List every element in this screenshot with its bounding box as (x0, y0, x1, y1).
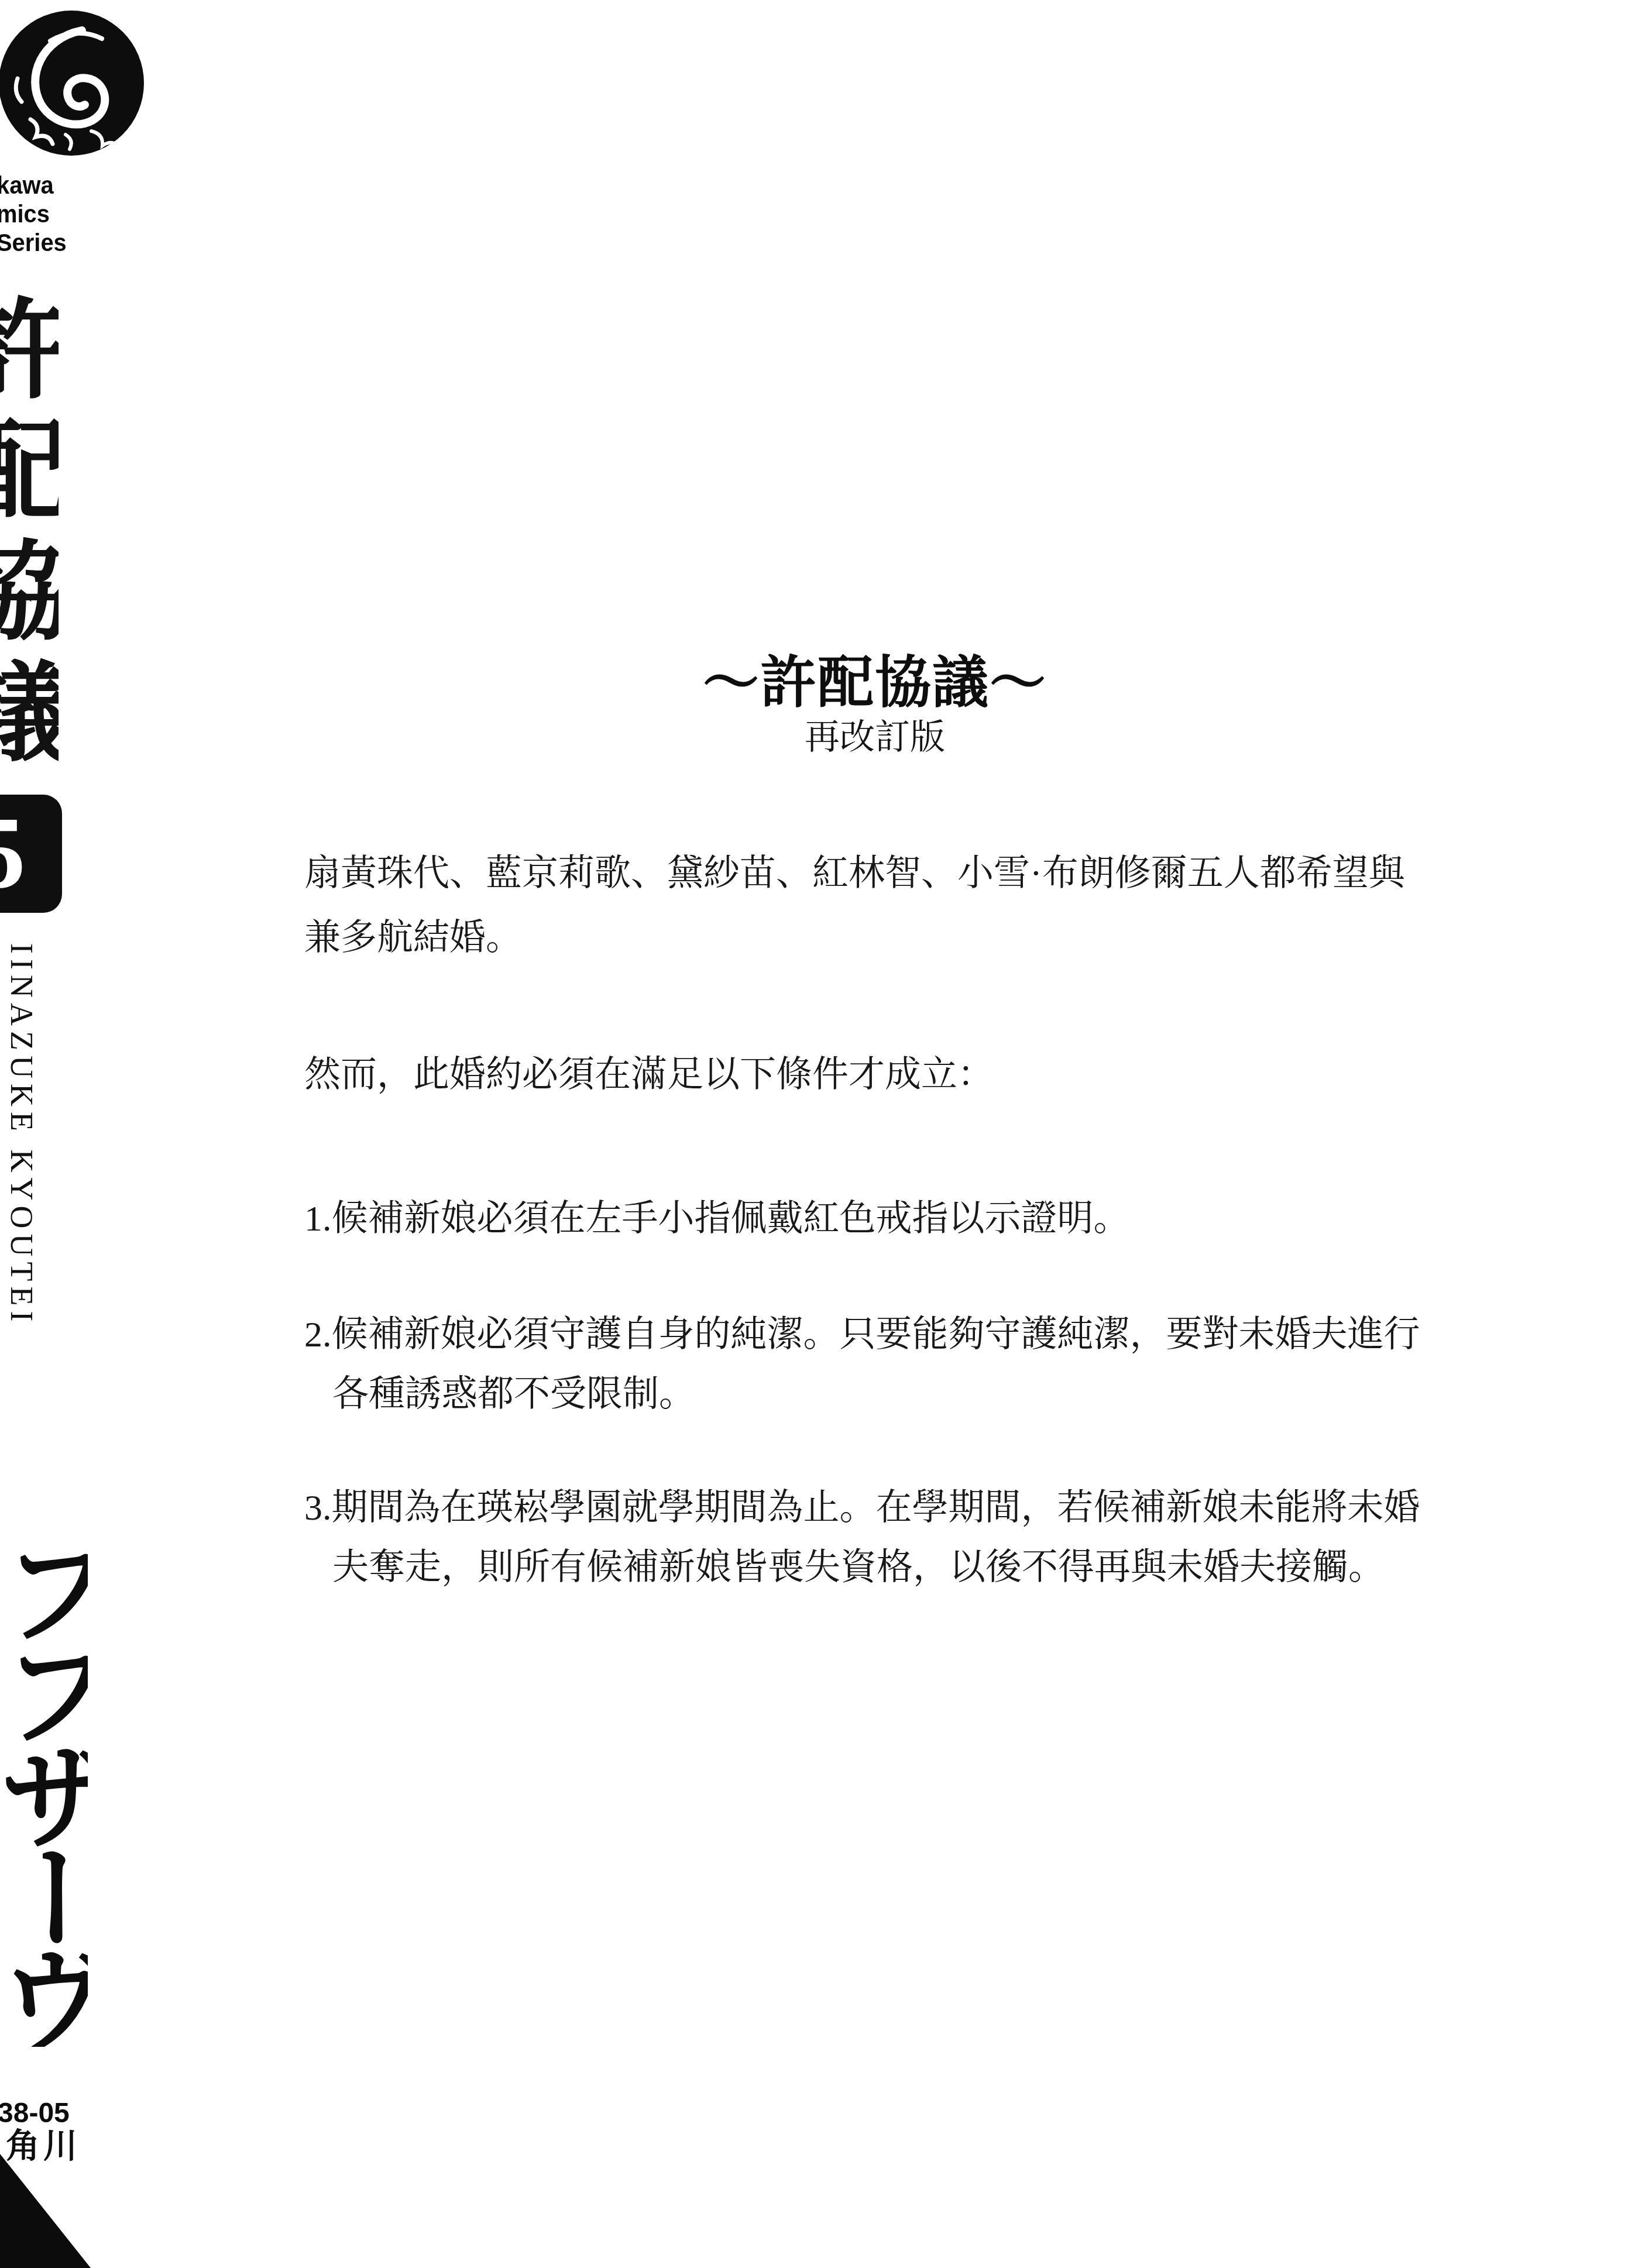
kadokawa-phoenix-icon (0, 9, 150, 162)
spine-romaji: IINAZUKE KYOUTEI (4, 943, 40, 1552)
condition-item-2-line-1: 2.候補新娘必須守護自身的純潔。只要能夠守護純潔，要對未婚夫進行 (304, 1305, 1420, 1357)
scanned-page: kawa mics Series 許配協議 5 IINAZUKE KYOUTEI… (0, 0, 1652, 2268)
imprint-text: kawa mics Series (0, 171, 67, 257)
document-title: ～許配協議～ (304, 638, 1445, 718)
condition-intro: 然而，此婚約必須在滿足以下條件才成立： (304, 1045, 994, 1097)
condition-item-1: 1.候補新娘必須在左手小指佩戴紅色戒指以示證明。 (304, 1189, 1130, 1241)
volume-badge-clip: 5 (0, 795, 62, 913)
spine-katakana-text: フフザーヴ (0, 1532, 88, 2041)
spine-title-kanji: 許配協議 (0, 293, 59, 778)
condition-item-3-line-1: 3.期間為在瑛崧學園就學期間為止。在學期間，若候補新娘未能將未婚 (304, 1478, 1420, 1530)
corner-fold-mark (0, 2154, 91, 2268)
publisher-name: 角川 (6, 2118, 81, 2167)
imprint-line-1: kawa (0, 171, 67, 200)
volume-number: 5 (0, 796, 26, 909)
spine-katakana-logo: フフザーヴ (0, 1532, 88, 2047)
document-subtitle: 再改訂版 (304, 709, 1445, 760)
condition-item-2-line-2: 各種誘惑都不受限制。 (332, 1365, 695, 1417)
spine-title-kanji-text: 許配協議 (0, 293, 59, 777)
imprint-line-3: Series (0, 228, 67, 257)
intro-line-1: 扇黃珠代、藍京莉歌、黛紗苗、紅林智、小雪·布朗修爾五人都希望與 (304, 844, 1405, 896)
intro-line-2: 兼多航結婚。 (304, 908, 522, 960)
volume-badge: 5 (0, 795, 62, 913)
condition-item-3-line-2: 夫奪走，則所有候補新娘皆喪失資格，以後不得再與未婚夫接觸。 (332, 1538, 1385, 1590)
imprint-line-2: mics (0, 200, 67, 228)
